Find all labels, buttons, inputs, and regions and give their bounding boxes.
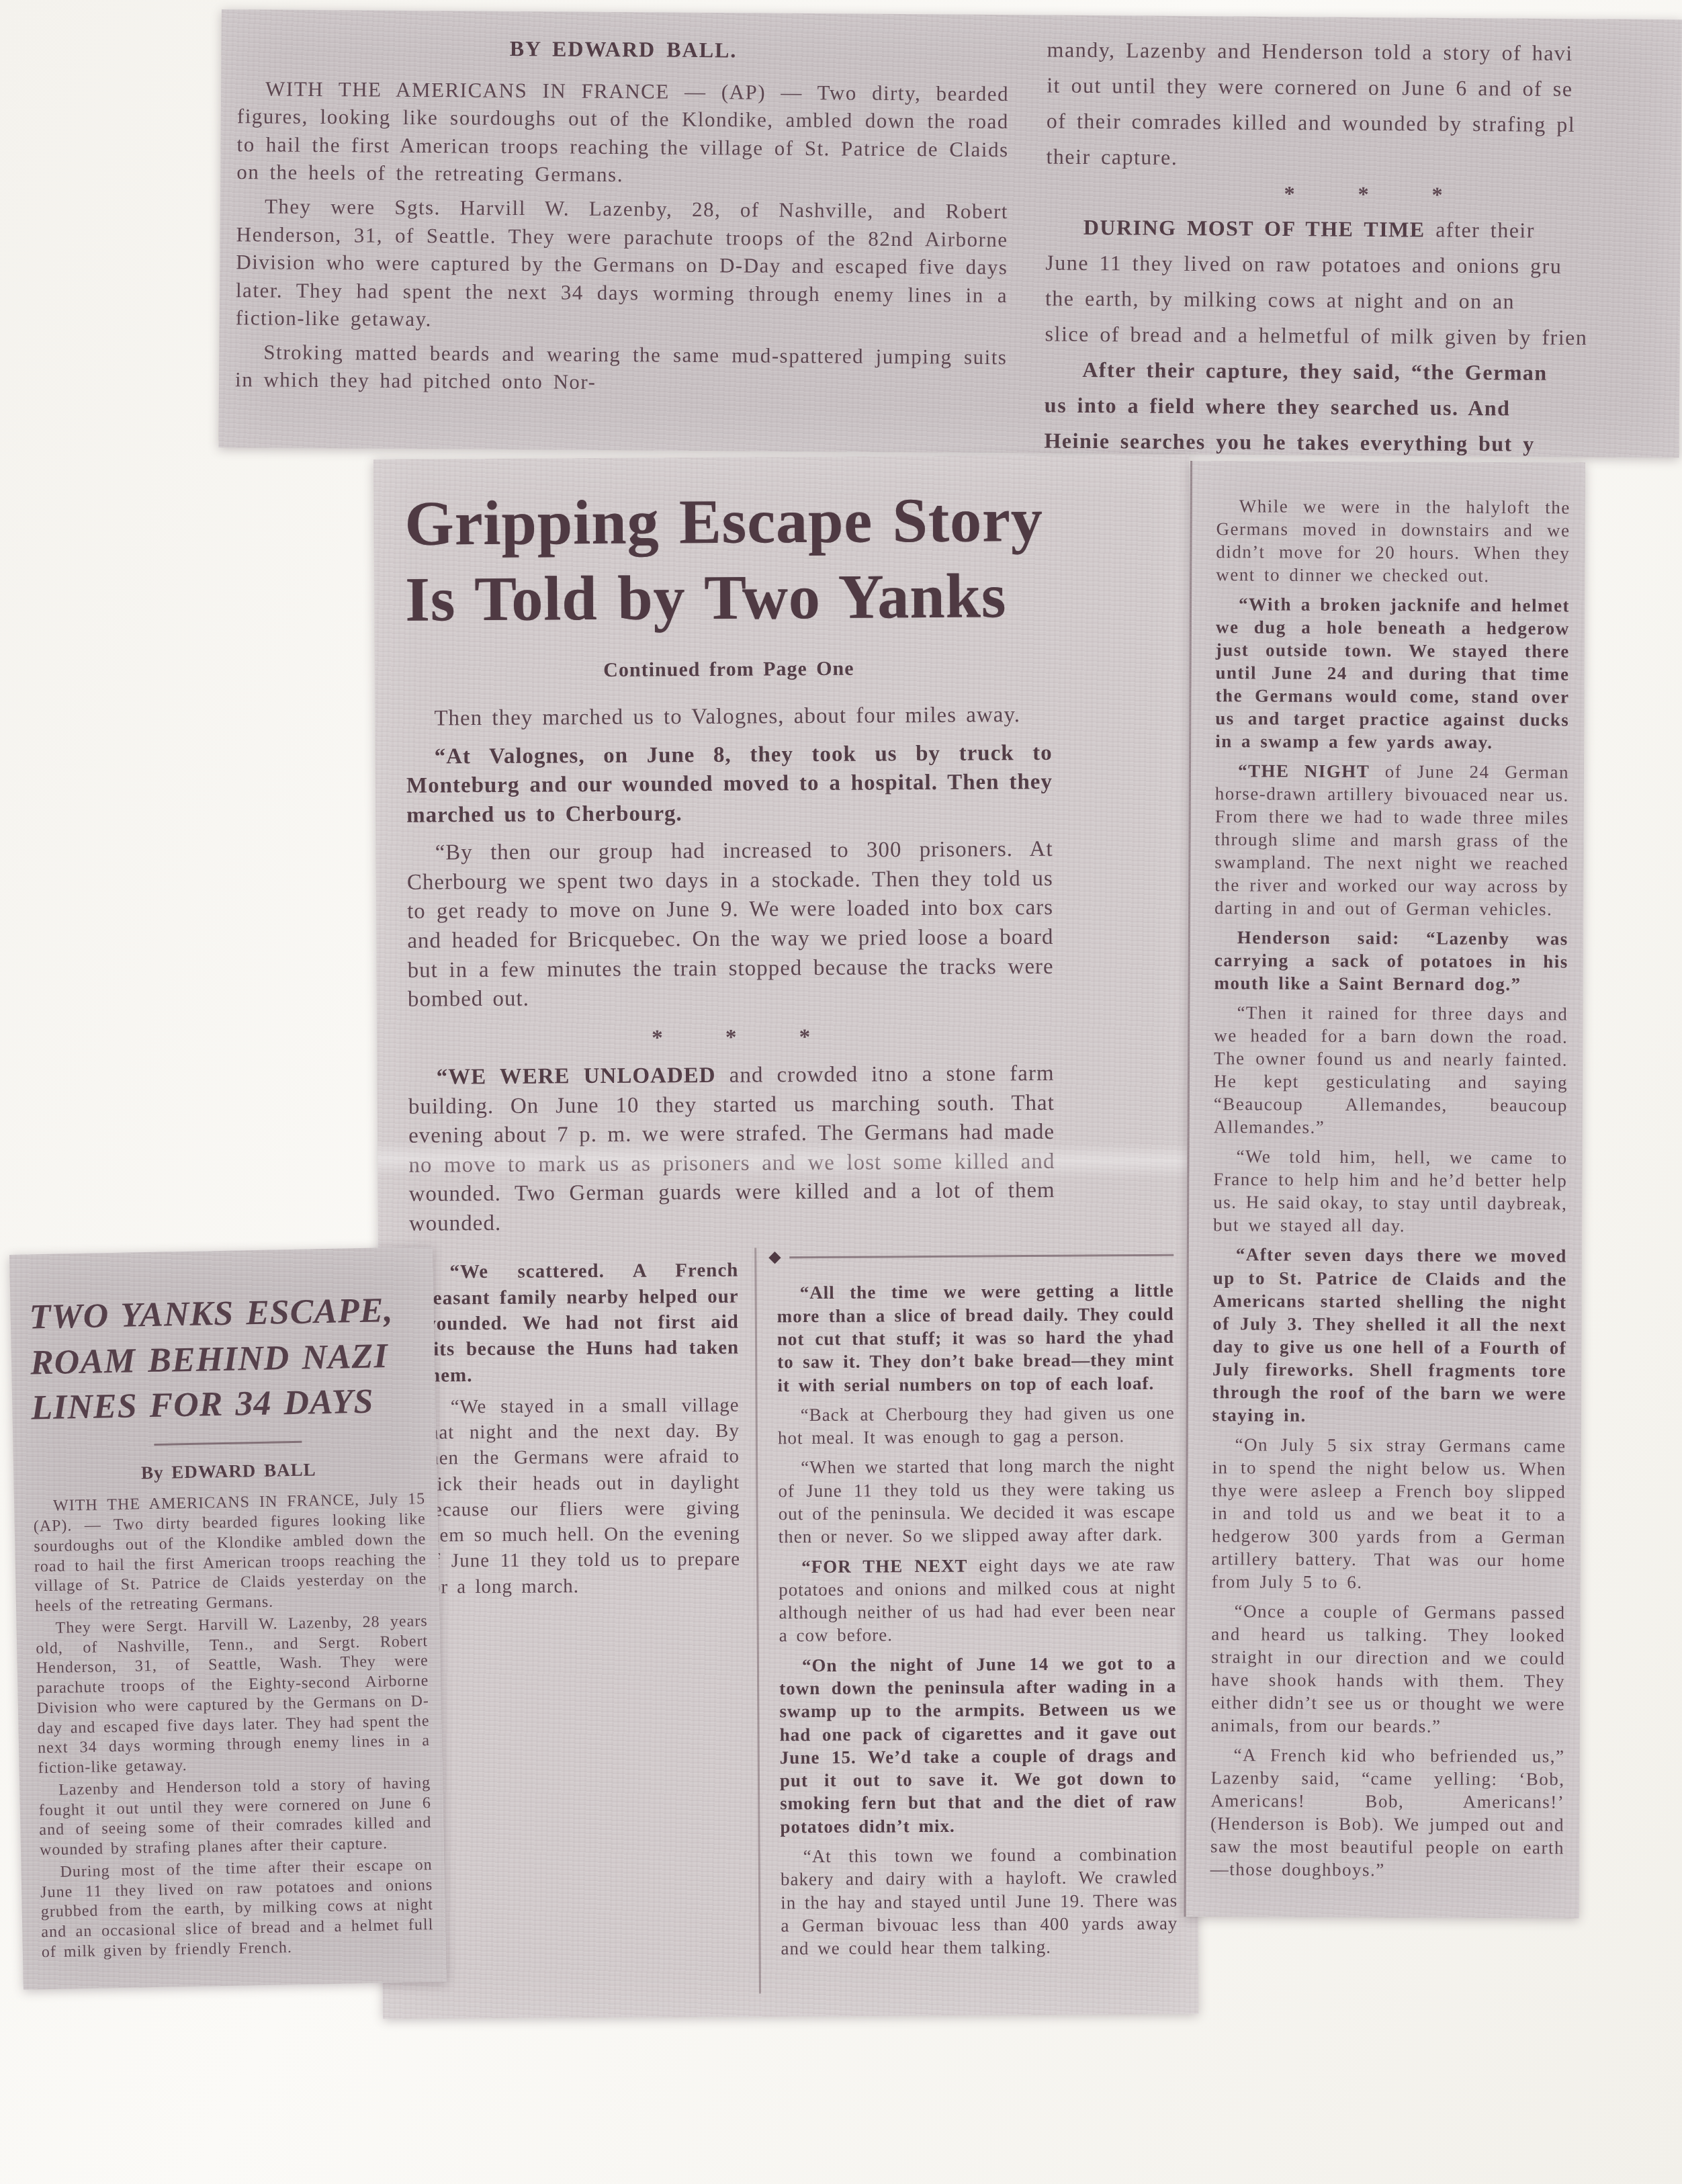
top-left-column: BY EDWARD BALL. WITH THE AMERICANS IN FR… [234,30,1020,453]
paragraph: WITH THE AMERICANS IN FRANCE — (AP) — Tw… [236,75,1009,191]
clipping-bottom-left: TWO YANKS ESCAPE,ROAM BEHIND NAZILINES F… [9,1247,447,1989]
paragraph: “With a broken jacknife and helmet we du… [1215,593,1570,754]
text-line: Heinie searches you he takes everything … [1044,426,1679,457]
paragraph: They were Sergt. Harvill W. Lazenby, 28 … [35,1612,430,1779]
text-line: of their comrades killed and wounded by … [1047,106,1681,139]
paragraph-text: of June 24 German horse-drawn artillery … [1214,761,1569,919]
headline-line: TWO YANKS ESCAPE, [29,1287,422,1340]
column-divider: ◆ [768,1247,1174,1266]
paragraph: “Back at Cherbourg they had given us one… [778,1401,1175,1450]
paragraph-text: They were Sergt. Harvill W. Lazenby, 28 … [36,1612,430,1777]
paragraph-text: WITH THE AMERICANS IN FRANCE — (AP) — Tw… [236,77,1009,186]
paragraph-text: “With a broken jacknife and helmet we du… [1215,594,1570,752]
scanned-page: BY EDWARD BALL. WITH THE AMERICANS IN FR… [0,0,1682,2184]
paragraph-lead: “WE WERE UNLOADED [437,1063,716,1090]
line-text: their capture. [1046,144,1178,169]
paragraph-text: “At Valognes, on June 8, they took us by… [406,741,1053,828]
paragraph: During most of the time after their esca… [40,1855,434,1963]
paragraph-text: “By then our group had increased to 300 … [407,837,1054,1012]
paragraph: “At Valognes, on June 8, they took us by… [406,739,1053,831]
paragraph: While we were in the halyloft the German… [1216,494,1570,587]
text-line: * * * [1046,177,1681,210]
headline-line: ROAM BEHIND NAZI [30,1333,423,1386]
paragraph-text: “Then it rained for three days and we he… [1214,1003,1568,1138]
clipping-right: While we were in the halyloft the German… [1184,461,1585,1918]
paragraph: “By then our group had increased to 300 … [406,835,1054,1014]
text-line: mandy, Lazenby and Henderson told a stor… [1047,36,1681,69]
paragraph: “Once a couple of Germans passed and hea… [1211,1600,1566,1738]
line-text: after their [1425,218,1535,243]
paragraph-text: While we were in the halyloft the German… [1216,496,1570,586]
paragraph: “We told him, hell, we came to France to… [1213,1145,1568,1238]
paragraph-text: “On July 5 six stray Germans came in to … [1212,1434,1566,1592]
paragraph-text: “A French kid who befriended us,” Lazenb… [1210,1745,1565,1880]
text-line: the earth, by milking cows at night and … [1045,284,1680,317]
paragraph: “After seven days there we moved up to S… [1212,1243,1567,1428]
paragraph: Lazenby and Henderson told a story of ha… [38,1774,432,1861]
line-lead: DURING MOST OF THE TIME [1083,215,1425,242]
paragraph: “On July 5 six stray Germans came in to … [1212,1433,1566,1594]
paragraph-text: “Back at Cherbourg they had given us one… [778,1403,1175,1448]
paragraph: They were Sgts. Harvill W. Lazenby, 28, … [236,192,1008,337]
top-right-column: mandy, Lazenby and Henderson told a stor… [1017,35,1681,457]
text-line: After their capture, they said, “the Ger… [1045,355,1679,388]
paragraph-text: “We stayed in a small village that night… [423,1395,740,1598]
line-text: the earth, by milking cows at night and … [1045,286,1515,314]
headline-line: Gripping Escape Story [404,482,1051,562]
line-text: June 11 they lived on raw potatoes and o… [1045,251,1562,278]
main-headline: Gripping Escape StoryIs Told by Two Yank… [404,482,1051,638]
paragraph-text: WITH THE AMERICANS IN FRANCE, July 15 (A… [34,1490,427,1615]
bottom-left-paragraphs: WITH THE AMERICANS IN FRANCE, July 15 (A… [33,1489,434,1962]
paragraph: “WE WERE UNLOADED and crowded itno a sto… [408,1059,1055,1239]
paragraph: “We stayed in a small village that night… [423,1393,741,1600]
paragraph: “On the night of June 14 we got to a tow… [779,1651,1178,1838]
paragraph-text: “We told him, hell, we came to France to… [1213,1147,1568,1236]
text-line: June 11 they lived on raw potatoes and o… [1045,249,1680,281]
main-center-column: ◆ “All the time we were getting a little… [754,1246,1198,1994]
main-lead-paragraphs: Then they marched us to Valognes, about … [406,701,1055,1239]
paragraph-text: “All the time we were getting a little m… [777,1280,1175,1395]
top-right-lines: mandy, Lazenby and Henderson told a stor… [1044,36,1682,458]
text-line: their capture. [1046,142,1681,175]
paragraph: WITH THE AMERICANS IN FRANCE, July 15 (A… [33,1489,427,1617]
line-text: slice of bread and a helmetful of milk g… [1045,322,1588,350]
paragraph-text: Henderson said: “Lazenby was carrying a … [1214,928,1568,995]
headline-rule [154,1440,302,1445]
text-line: slice of bread and a helmetful of milk g… [1045,320,1680,353]
paragraph-lead: “FOR THE NEXT [801,1555,968,1577]
clipping-main: Gripping Escape StoryIs Told by Two Yank… [373,455,1198,2019]
bottom-left-byline: By EDWARD BALL [32,1456,425,1487]
paragraph: “FOR THE NEXT eight days we ate raw pota… [779,1553,1176,1647]
paragraph-text: Stroking matted beards and wearing the s… [235,340,1008,394]
bottom-left-headline: TWO YANKS ESCAPE,ROAM BEHIND NAZILINES F… [29,1287,424,1431]
paragraph-text: Then they marched us to Valognes, about … [434,703,1020,730]
paragraph: Henderson said: “Lazenby was carrying a … [1214,926,1568,996]
paragraph: “THE NIGHT of June 24 German horse-drawn… [1214,759,1569,920]
paragraph: “All the time we were getting a little m… [777,1279,1174,1397]
right-paragraphs: While we were in the halyloft the German… [1210,494,1570,1882]
main-columns: “We scattered. A French peasant family n… [378,1246,1198,1996]
paragraph-text: “After seven days there we moved up to S… [1212,1245,1567,1426]
clipping-top: BY EDWARD BALL. WITH THE AMERICANS IN FR… [218,9,1681,457]
paragraph: “When we started that long march the nig… [778,1454,1176,1548]
line-text: Heinie searches you he takes everything … [1044,428,1534,455]
paragraph-text: “When we started that long march the nig… [778,1455,1175,1546]
paragraph-text: During most of the time after their esca… [40,1856,434,1961]
paragraph-text: * * * [652,1024,837,1050]
line-text: of their comrades killed and wounded by … [1047,108,1576,136]
paragraph: “Then it rained for three days and we he… [1214,1001,1568,1139]
paragraph-text: Lazenby and Henderson told a story of ha… [39,1774,432,1859]
line-text: us into a field where they searched us. … [1045,392,1511,420]
paragraph: Stroking matted beards and wearing the s… [235,338,1008,399]
text-line: DURING MOST OF THE TIME after their [1046,213,1681,246]
line-text: * * * [1284,181,1470,207]
divider-rule [790,1254,1174,1258]
paragraph: “A French kid who befriended us,” Lazenb… [1210,1743,1565,1882]
paragraph-lead: “THE NIGHT [1238,760,1370,781]
main-head: Gripping Escape StoryIs Told by Two Yank… [373,482,1194,1251]
paragraph: “We scattered. A French peasant family n… [421,1258,739,1388]
paragraph-text: “On the night of June 14 we got to a tow… [779,1653,1177,1837]
paragraph-text: “Once a couple of Germans passed and hea… [1211,1601,1566,1736]
paragraph: Then they marched us to Valognes, about … [406,701,1052,734]
text-line: us into a field where they searched us. … [1045,390,1679,423]
line-text: it out until they were cornered on June … [1047,73,1573,100]
diamond-icon: ◆ [768,1250,782,1266]
paragraph-text: “We scattered. A French peasant family n… [422,1260,740,1386]
paragraph-text: They were Sgts. Harvill W. Lazenby, 28, … [236,194,1008,331]
line-text: mandy, Lazenby and Henderson told a stor… [1047,38,1573,65]
headline-line: LINES FOR 34 DAYS [31,1378,424,1431]
text-line: it out until they were cornered on June … [1047,71,1681,103]
paragraph: “At this town we found a combination bak… [781,1843,1178,1960]
line-text: After their capture, they said, “the Ger… [1082,357,1548,385]
continued-from: Continued from Page One [406,654,1052,684]
top-left-paragraphs: WITH THE AMERICANS IN FRANCE — (AP) — Tw… [235,75,1009,399]
headline-line: Is Told by Two Yanks [405,558,1052,638]
paragraph-text: “At this town we found a combination bak… [781,1844,1178,1959]
paragraph: * * * [408,1021,1054,1054]
top-byline: BY EDWARD BALL. [237,32,1009,67]
main-center-paragraphs: “All the time we were getting a little m… [777,1279,1178,1960]
